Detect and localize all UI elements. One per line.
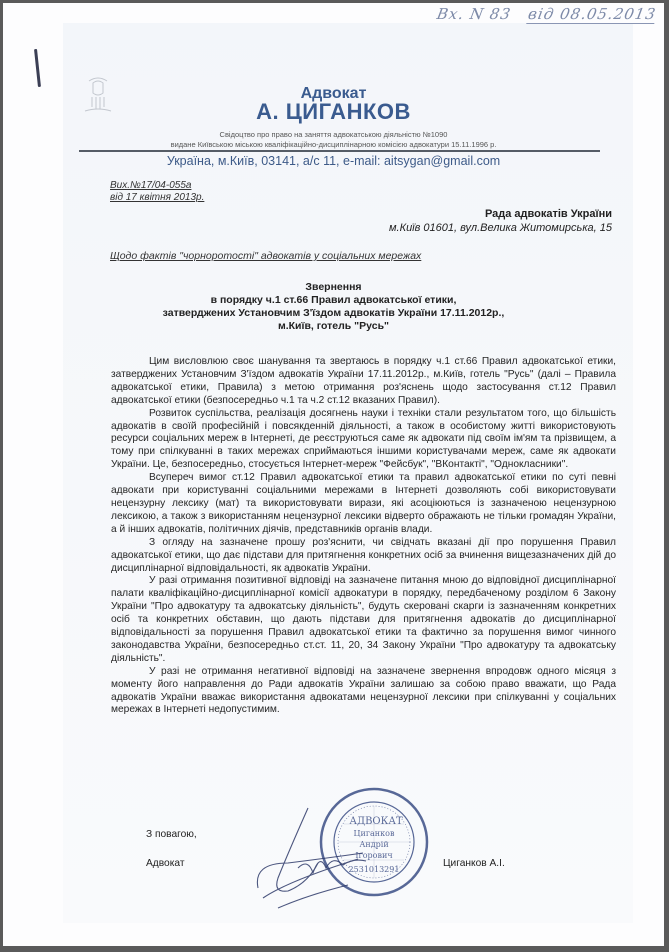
appeal-heading-line-3: затверджених Установчим З'їздом адвокаті… [3, 307, 664, 320]
recipient-organization: Рада адвокатів України [389, 207, 612, 221]
appeal-heading-line-4: м.Київ, готель "Русь" [3, 320, 664, 333]
body-paragraph: У разі отримання позитивної відповіді на… [111, 575, 616, 665]
closing-phrase: З повагою, [146, 829, 197, 840]
letter-body: Цим висловлюю своє шанування та звертаюс… [111, 356, 616, 717]
pen-margin-mark [34, 49, 41, 87]
letterhead-divider [79, 150, 600, 152]
letterhead-contact: Україна, м.Київ, 03141, а/с 11, e-mail: … [3, 154, 664, 168]
handwritten-signature-icon [248, 803, 378, 913]
body-paragraph: З огляду на зазначене прошу роз'яснити, … [111, 537, 616, 576]
certificate-line-1: Свідоцтво про право на заняття адвокатсь… [3, 130, 664, 140]
body-paragraph: Розвиток суспільства, реалізація досягне… [111, 408, 616, 473]
certificate-line-2: видане Київською міською кваліфікаційно-… [3, 140, 664, 150]
body-paragraph: Цим висловлюю своє шанування та звертаюс… [111, 356, 616, 408]
letterhead-name: А. ЦИГАНКОВ [3, 99, 664, 125]
letterhead-certificate: Свідоцтво про право на заняття адвокатсь… [3, 130, 664, 149]
recipient-block: Рада адвокатів України м.Київ 01601, вул… [389, 207, 612, 235]
outgoing-reference: Вих.№17/04-055а від 17 квітня 2013р. [110, 180, 204, 204]
scanned-letter-page: Вх. N 83 від 08.05.2013 Адвокат А. ЦИГАН… [3, 3, 664, 946]
registration-date: від 08.05.2013 [527, 5, 658, 24]
signer-title: Адвокат [146, 858, 185, 869]
recipient-address: м.Київ 01601, вул.Велика Житомирська, 15 [389, 221, 612, 235]
signer-name: Циганков А.І. [443, 858, 505, 869]
appeal-heading-line-1: Звернення [3, 281, 664, 294]
outgoing-number: Вих.№17/04-055а [110, 180, 204, 192]
appeal-heading: Звернення в порядку ч.1 ст.66 Правил адв… [3, 281, 664, 333]
registration-number: Вх. N 83 [435, 5, 512, 23]
appeal-heading-line-2: в порядку ч.1 ст.66 Правил адвокатської … [3, 294, 664, 307]
body-paragraph: Всупереч вимог ст.12 Правил адвокатської… [111, 472, 616, 537]
outgoing-date: від 17 квітня 2013р. [110, 192, 204, 204]
letter-subject: Щодо фактів "чорноротості" адвокатів у с… [110, 250, 421, 262]
body-paragraph: У разі не отримання негативної відповіді… [111, 666, 616, 718]
handwritten-registration-note: Вх. N 83 від 08.05.2013 [435, 5, 657, 23]
